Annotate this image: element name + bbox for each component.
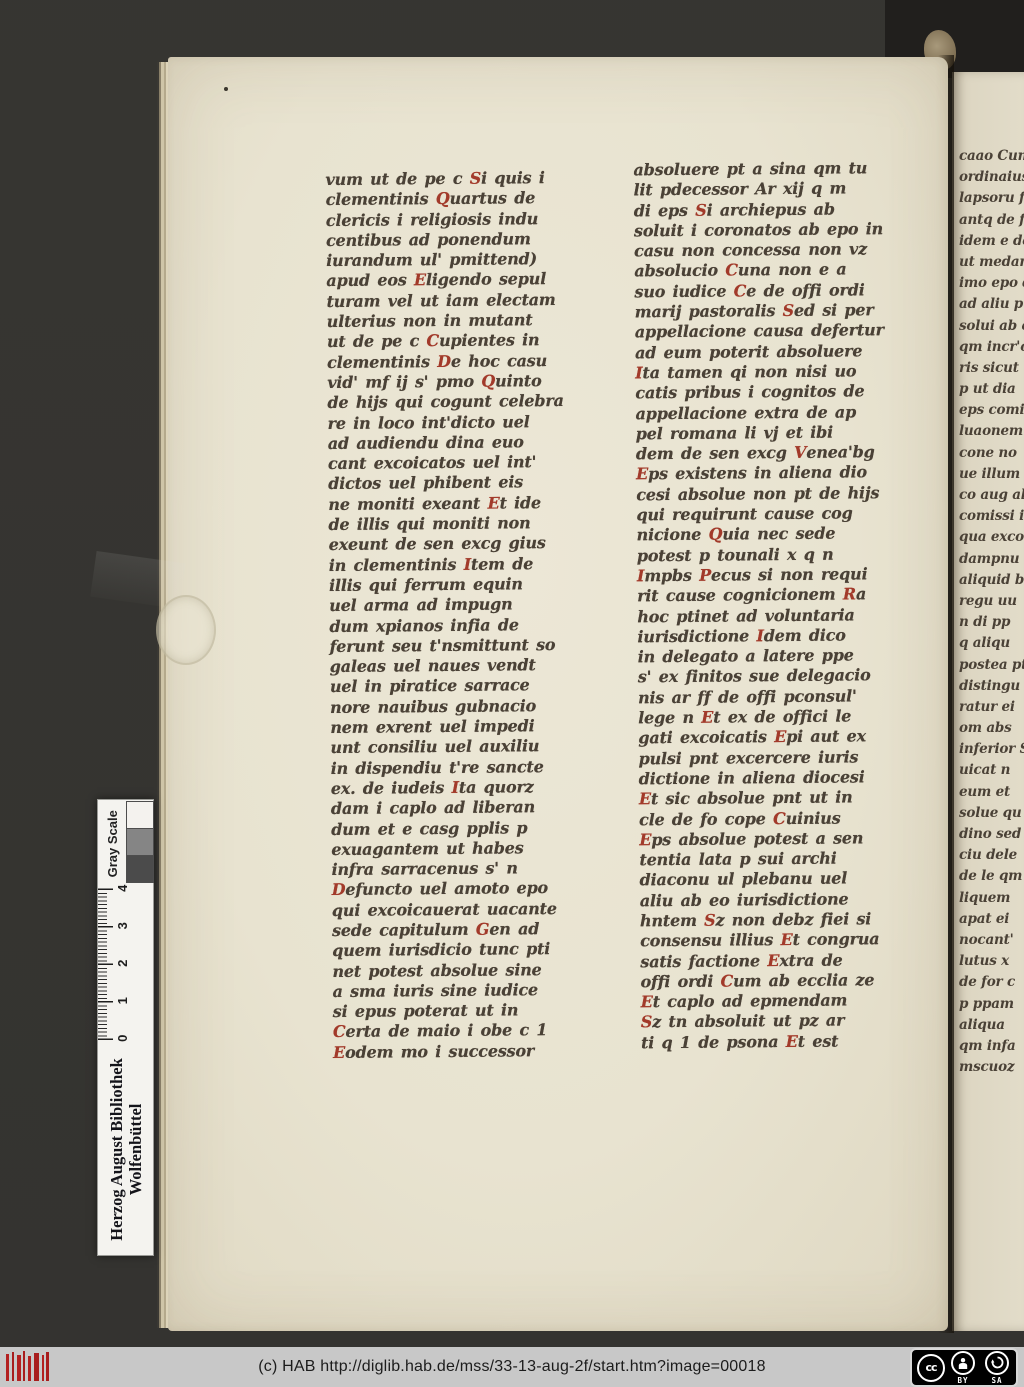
institution-name-line2: Wolfenbüttel bbox=[126, 1104, 145, 1196]
by-label: BY bbox=[957, 1376, 968, 1385]
manuscript-text-line: inferior S bbox=[959, 739, 1024, 760]
manuscript-text-line: ferunt seu t'nsmittunt so bbox=[329, 634, 619, 657]
manuscript-text-line: solui ab e bbox=[959, 316, 1024, 337]
share-alike-icon bbox=[985, 1351, 1009, 1375]
manuscript-text-line: potest p tounali x q n bbox=[637, 543, 927, 566]
manuscript-text-line: ad audiendu dina euo bbox=[328, 431, 618, 454]
manuscript-text-line: de for c bbox=[959, 972, 1024, 993]
manuscript-text-line: in clementinis Item de bbox=[329, 553, 619, 576]
manuscript-text-line: in delegato a latere ppe bbox=[638, 645, 928, 668]
manuscript-text-line: tentia lata p sui archi bbox=[639, 848, 929, 871]
manuscript-text-line: appellacione causa defertur bbox=[635, 320, 925, 343]
manuscript-text-line: a sma iuris sine iudice bbox=[333, 979, 623, 1002]
manuscript-text-line: hntem Sz non debz fiei si bbox=[640, 909, 930, 932]
manuscript-text-line: de le qm bbox=[959, 866, 1024, 887]
ruler-number-4: 4 bbox=[115, 885, 130, 892]
manuscript-text-line: Eps absolue potest a sen bbox=[639, 828, 929, 851]
manuscript-text-line: eum et bbox=[959, 782, 1024, 803]
manuscript-text-line: uel in piratice sarrace bbox=[330, 675, 620, 698]
manuscript-text-line: absoluere pt a sina qm tu bbox=[633, 158, 923, 181]
manuscript-text-line: qua exco bbox=[959, 527, 1024, 548]
manuscript-text-line: ne moniti exeant Et ide bbox=[328, 492, 618, 515]
manuscript-text-line: regu uu bbox=[959, 591, 1024, 612]
manuscript-text-line: marij pastoralis Sed si per bbox=[635, 300, 925, 323]
manuscript-text-line: di eps Si archiepus ab bbox=[634, 198, 924, 221]
manuscript-text-line: comissi in bbox=[959, 506, 1024, 527]
manuscript-text-line: postea pt bbox=[959, 655, 1024, 676]
manuscript-text-line: p ppam bbox=[959, 994, 1024, 1015]
manuscript-text-line: lege n Et ex de offici le bbox=[638, 706, 928, 729]
manuscript-text-line: apat ei bbox=[959, 909, 1024, 930]
manuscript-text-line: ut medan bbox=[959, 252, 1024, 273]
manuscript-text-line: eps comit bbox=[959, 400, 1024, 421]
manuscript-text-line: ti q 1 de psona Et est bbox=[641, 1031, 931, 1054]
institution-name-line1: Herzog August Bibliothek bbox=[107, 1058, 126, 1240]
manuscript-left-column: vum ut de pe c Si quis iclementinis Quar… bbox=[325, 167, 623, 1063]
footer-bar: (c) HAB http://diglib.hab.de/mss/33-13-a… bbox=[0, 1347, 1024, 1387]
manuscript-text-line: dampnu bbox=[959, 549, 1024, 570]
manuscript-text-line: n di pp bbox=[959, 612, 1024, 633]
manuscript-text-line: qui excoicauerat uacante bbox=[332, 898, 622, 921]
gray-patch-dark bbox=[126, 855, 154, 883]
manuscript-text-line: ue illum bbox=[959, 464, 1024, 485]
manuscript-text-line: ciu dele bbox=[959, 845, 1024, 866]
calibration-ruler-label: Herzog August Bibliothek Wolfenbüttel 01… bbox=[97, 799, 154, 1256]
manuscript-text-line: imo epo d bbox=[959, 273, 1024, 294]
manuscript-text-line: qm infa bbox=[959, 1036, 1024, 1057]
manuscript-text-line: casu non concessa non vz bbox=[634, 239, 924, 262]
manuscript-text-line: caao Cum bbox=[959, 146, 1024, 167]
manuscript-text-line: dictione in aliena diocesi bbox=[639, 767, 929, 790]
manuscript-text-line: clementinis Quartus de bbox=[326, 188, 616, 211]
manuscript-text-line: de illis qui moniti non bbox=[328, 513, 618, 536]
manuscript-text-line: hoc ptinet ad voluntaria bbox=[637, 604, 927, 627]
manuscript-text-line: soluit i coronatos ab epo in bbox=[634, 219, 924, 242]
manuscript-text-line: dem de sen excg Venea'bg bbox=[636, 442, 926, 465]
manuscript-text-line: pel romana li vj et ibi bbox=[636, 422, 926, 445]
gray-patch-mid bbox=[126, 828, 154, 855]
manuscript-text-line: absolucio Cuna non e a bbox=[634, 259, 924, 282]
manuscript-text-line: ut de pe c Cupientes in bbox=[327, 330, 617, 353]
manuscript-text-line: consensu illius Et congrua bbox=[640, 929, 930, 952]
manuscript-text-line: aliquid b bbox=[959, 570, 1024, 591]
manuscript-text-line: exuagantem ut habes bbox=[331, 837, 621, 860]
manuscript-text-line: cone no bbox=[959, 443, 1024, 464]
manuscript-text-line: exeunt de sen excg gius bbox=[329, 533, 619, 556]
manuscript-text-line: liquem bbox=[959, 888, 1024, 909]
manuscript-text-line: Defuncto uel amoto epo bbox=[332, 878, 622, 901]
manuscript-text-line: uel arma ad impugn bbox=[329, 594, 619, 617]
gray-scale-label: Gray Scale bbox=[98, 800, 126, 888]
manuscript-text-line: si epus poterat ut in bbox=[333, 1000, 623, 1023]
manuscript-text-line: dum xpianos infia de bbox=[329, 614, 619, 637]
manuscript-text-line: catis pribus i cognitos de bbox=[635, 381, 925, 404]
manuscript-text-line: om abs bbox=[959, 718, 1024, 739]
manuscript-right-column: absoluere pt a sina qm tulit pdecessor A… bbox=[633, 158, 931, 1054]
manuscript-text-line: gati excoicatis Epi aut ex bbox=[638, 726, 928, 749]
ruler-number-1: 1 bbox=[115, 997, 130, 1004]
manuscript-text-line: lutus x bbox=[959, 951, 1024, 972]
facing-page: caao Cumordinaiuslapsoru fuantq de fidem… bbox=[952, 72, 1024, 1331]
manuscript-text-line: ex. de iudeis Ita quorz bbox=[331, 776, 621, 799]
sa-label: SA bbox=[991, 1376, 1002, 1385]
manuscript-text-line: appellacione extra de ap bbox=[635, 401, 925, 424]
manuscript-text-line: ad eum poterit absoluere bbox=[635, 340, 925, 363]
manuscript-text-line: co aug al bbox=[959, 485, 1024, 506]
manuscript-text-line: cle de fo cope Cuinius bbox=[639, 807, 929, 830]
manuscript-text-line: Ita tamen qi non nisi uo bbox=[635, 361, 925, 384]
manuscript-text-line: Certa de maio i obe c 1 bbox=[333, 1020, 623, 1043]
manuscript-text-line: sede capitulum Gen ad bbox=[332, 918, 622, 941]
manuscript-text-line: quem iurisdicio tunc pti bbox=[332, 939, 622, 962]
manuscript-text-line: Eodem mo i successor bbox=[333, 1040, 623, 1063]
manuscript-text-block: vum ut de pe c Si quis iclementinis Quar… bbox=[162, 54, 953, 1335]
gray-patch-light bbox=[126, 801, 154, 828]
manuscript-text-line: iurandum ul' pmittend) bbox=[326, 249, 616, 272]
manuscript-text-line: solue qu bbox=[959, 803, 1024, 824]
cm-ruler: 01234 bbox=[98, 888, 153, 1044]
ruler-number-3: 3 bbox=[115, 922, 130, 929]
manuscript-text-line: clementinis De hoc casu bbox=[327, 350, 617, 373]
manuscript-text-line: re in loco int'dicto uel bbox=[328, 411, 618, 434]
manuscript-text-line: galeas uel naues vendt bbox=[330, 655, 620, 678]
manuscript-text-line: vid' mf ij s' pmo Quinto bbox=[327, 370, 617, 393]
copyright-text: (c) HAB http://diglib.hab.de/mss/33-13-a… bbox=[0, 1347, 1024, 1387]
manuscript-text-line: net potest absolue sine bbox=[332, 959, 622, 982]
gray-scale-target: Gray Scale bbox=[98, 800, 153, 888]
manuscript-text-line: lapsoru fu bbox=[959, 188, 1024, 209]
facing-page-text: caao Cumordinaiuslapsoru fuantq de fidem… bbox=[959, 146, 1024, 1078]
manuscript-text-line: q aliqu bbox=[959, 633, 1024, 654]
manuscript-text-line: qui requirunt cause cog bbox=[636, 503, 926, 526]
manuscript-text-line: idem e de f bbox=[959, 231, 1024, 252]
manuscript-text-line: infra sarracenus s' n bbox=[331, 858, 621, 881]
manuscript-text-line: turam vel ut iam electam bbox=[326, 289, 616, 312]
photo-stage: caao Cumordinaiuslapsoru fuantq de fidem… bbox=[0, 0, 1024, 1387]
ruler-number-2: 2 bbox=[115, 960, 130, 967]
institution-name: Herzog August Bibliothek Wolfenbüttel bbox=[98, 1044, 153, 1255]
manuscript-text-line: nicione Quia nec sede bbox=[637, 523, 927, 546]
manuscript-text-line: ordinaius bbox=[959, 167, 1024, 188]
manuscript-text-line: diaconu ul plebanu uel bbox=[640, 868, 930, 891]
manuscript-text-line: in dispendiu t're sancte bbox=[331, 756, 621, 779]
manuscript-text-line: ris sicut bbox=[959, 358, 1024, 379]
manuscript-text-line: ratur ei bbox=[959, 697, 1024, 718]
manuscript-text-line: dam i caplo ad liberan bbox=[331, 797, 621, 820]
manuscript-text-line: mscuoz bbox=[959, 1057, 1024, 1078]
manuscript-text-line: iurisdictione Idem dico bbox=[637, 625, 927, 648]
manuscript-text-line: distingu bbox=[959, 676, 1024, 697]
manuscript-page: vum ut de pe c Si quis iclementinis Quar… bbox=[168, 57, 948, 1331]
manuscript-text-line: suo iudice Ce de offi ordi bbox=[634, 280, 924, 303]
manuscript-text-line: Sz tn absoluit ut pz ar bbox=[641, 1010, 931, 1033]
manuscript-text-line: dictos uel phibent eis bbox=[328, 472, 618, 495]
manuscript-text-line: uicat n bbox=[959, 760, 1024, 781]
manuscript-text-line: de hijs qui cogunt celebra bbox=[327, 391, 617, 414]
manuscript-text-line: ulterius non in mutant bbox=[327, 310, 617, 333]
manuscript-text-line: offi ordi Cum ab ecclia ze bbox=[640, 970, 930, 993]
manuscript-text-line: dino sed bbox=[959, 824, 1024, 845]
manuscript-text-line: s' ex finitos sue delegacio bbox=[638, 665, 928, 688]
manuscript-text-line: luaonem bbox=[959, 421, 1024, 442]
manuscript-text-line: nis ar ff de offi pconsul' bbox=[638, 685, 928, 708]
manuscript-text-line: unt consiliu uel auxiliu bbox=[330, 736, 620, 759]
manuscript-text-line: Et caplo ad epmendam bbox=[641, 990, 931, 1013]
manuscript-text-line: rit cause cognicionem Ra bbox=[637, 584, 927, 607]
ruler-number-0: 0 bbox=[115, 1035, 130, 1042]
manuscript-text-line: aliqua bbox=[959, 1015, 1024, 1036]
manuscript-text-line: cesi absolue non pt de hijs bbox=[636, 483, 926, 506]
manuscript-text-line: nocant' bbox=[959, 930, 1024, 951]
manuscript-text-line: Impbs Pecus si non requi bbox=[637, 564, 927, 587]
manuscript-text-line: p ut dia bbox=[959, 379, 1024, 400]
ruler-major-ticks bbox=[98, 888, 113, 1040]
manuscript-text-line: Et sic absolue pnt ut in bbox=[639, 787, 929, 810]
manuscript-text-line: apud eos Eligendo sepul bbox=[326, 269, 616, 292]
manuscript-text-line: ad aliu p bbox=[959, 294, 1024, 315]
manuscript-text-line: pulsi pnt excercere iuris bbox=[638, 746, 928, 769]
manuscript-text-line: aliu ab eo iurisdictione bbox=[640, 888, 930, 911]
manuscript-text-line: lit pdecessor Ar xij q m bbox=[634, 178, 924, 201]
manuscript-text-line: centibus ad ponendum bbox=[326, 228, 616, 251]
manuscript-text-line: clericis i religiosis indu bbox=[326, 208, 616, 231]
manuscript-text-line: nem exrent uel impedi bbox=[330, 715, 620, 738]
manuscript-text-line: vum ut de pe c Si quis i bbox=[325, 167, 615, 190]
manuscript-text-line: dum et e casg pplis p bbox=[331, 817, 621, 840]
cc-license-icon: cc bbox=[917, 1354, 945, 1382]
manuscript-text-line: antq de f bbox=[959, 210, 1024, 231]
manuscript-text-line: illis qui ferrum equin bbox=[329, 573, 619, 596]
manuscript-text-line: satis factione Extra de bbox=[640, 949, 930, 972]
gray-scale-patches bbox=[126, 800, 153, 888]
manuscript-text-line: qm incr'o bbox=[959, 337, 1024, 358]
manuscript-text-line: cant excoicatos uel int' bbox=[328, 452, 618, 475]
manuscript-text-line: Eps existens in aliena dio bbox=[636, 462, 926, 485]
cc-license-badge[interactable]: cc BY SA bbox=[910, 1348, 1018, 1387]
manuscript-text-line: nore nauibus gubnacio bbox=[330, 695, 620, 718]
attribution-person-icon bbox=[951, 1351, 975, 1375]
